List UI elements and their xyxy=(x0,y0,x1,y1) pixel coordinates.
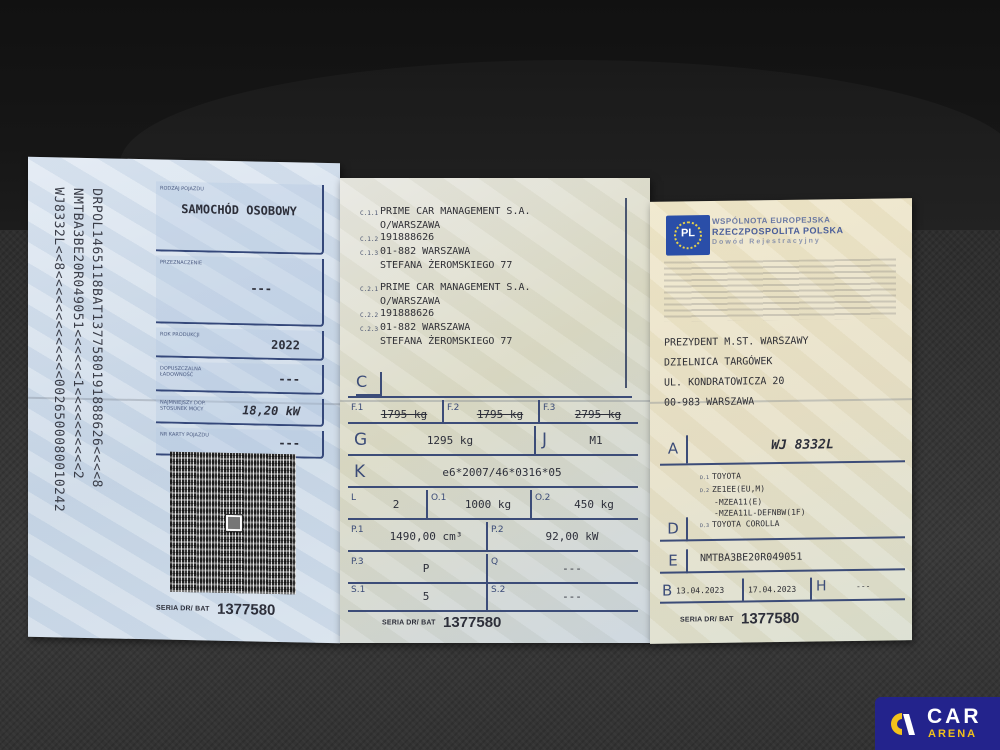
row-f-masses: F.11795 kg F.21795 kg F.32795 kg xyxy=(348,400,638,424)
document-panel-left: DRPOL1465118BAT1377580191888626<<<<8 NMT… xyxy=(28,157,340,644)
mrz-line-3: WJ8332L<<8<<<<<<<<<<<<<0026500080010242 xyxy=(49,187,68,607)
code-c13: C.1.3 xyxy=(360,246,380,260)
qr-center-marker xyxy=(226,515,242,531)
code-h: H xyxy=(816,578,827,594)
brand-name-arena: ARENA xyxy=(928,728,977,740)
first-registration-date: 13.04.2023 xyxy=(676,586,724,596)
owner-branch: O/WARSZAWA xyxy=(380,296,440,308)
cell-j: JM1 xyxy=(536,426,638,454)
mrz-line-1: DRPOL1465118BAT1377580191888626<<<<8 xyxy=(87,188,106,608)
code-b: B xyxy=(662,582,672,600)
validity-date: --- xyxy=(856,582,870,591)
row-s: S.15 S.2--- xyxy=(348,582,638,612)
serial-number-right: SERIA DR/ BAT 1377580 xyxy=(680,610,799,630)
issuer-line: 00-983 WARSZAWA xyxy=(664,390,904,413)
row-p3-q: P.3P Q--- xyxy=(348,554,638,584)
serial-label: SERIA DR/ BAT xyxy=(680,616,734,624)
field-label: NR KARTY POJAZDU xyxy=(160,431,230,438)
car-arena-logo-icon xyxy=(889,711,915,737)
section-c-letter: C xyxy=(356,372,382,396)
code-c23: C.2.3 xyxy=(360,322,380,336)
make: TOYOTA xyxy=(712,472,741,481)
field-power-ratio: NAJMNIEJSZY DOP. STOSUNEK MOCY 18,20 kW xyxy=(156,395,324,427)
field-label: DOPUSZCZALNA ŁADOWNOŚĆ xyxy=(160,365,230,378)
fine-print-block xyxy=(664,258,896,321)
serial-value: 1377580 xyxy=(741,610,799,628)
cell-s1: S.15 xyxy=(348,582,488,610)
eu-flag-icon: PL xyxy=(666,215,710,256)
issue-date: 17.04.2023 xyxy=(748,585,796,595)
code-d: D xyxy=(660,517,688,541)
serial-number-left: SERIA DR/ BAT 1377580 xyxy=(156,599,275,620)
serial-value: 1377580 xyxy=(217,601,275,619)
country-code: PL xyxy=(666,227,710,240)
document-panel-middle: C.1.1PRIME CAR MANAGEMENT S.A. O/WARSZAW… xyxy=(340,178,650,643)
code-c22: C.2.2 xyxy=(360,308,380,322)
qr-code-icon xyxy=(170,452,296,595)
row-l-o: L2 O.11000 kg O.2450 kg xyxy=(348,490,638,520)
registration-document: DRPOL1465118BAT1377580191888626<<<<8 NMT… xyxy=(0,0,1000,750)
machine-readable-zone: DRPOL1465118BAT1377580191888626<<<<8 NMT… xyxy=(46,187,106,608)
field-production-year: ROK PRODUKCJI 2022 xyxy=(156,327,324,361)
model: TOYOTA COROLLA xyxy=(712,519,779,529)
field-value: 2022 xyxy=(271,338,300,353)
serial-label: SERIA DR/ BAT xyxy=(382,619,436,626)
registration-plate: WJ 8332L xyxy=(700,436,905,454)
make-model-lines: D.1TOYOTA D.2ZE1EE(EU,M) -MZEA11(E) -MZE… xyxy=(700,470,806,532)
cell-q: Q--- xyxy=(488,554,638,582)
header-doc-title: Dowód Rejestracyjny xyxy=(712,237,821,246)
header-country: RZECZPOSPOLITA POLSKA xyxy=(712,225,844,237)
cell-o2: O.2450 kg xyxy=(532,490,638,518)
cell-l: L2 xyxy=(348,490,428,518)
field-purpose: PRZEZNACZENIE --- xyxy=(156,255,324,327)
field-label: RODZAJ POJAZDU xyxy=(160,185,230,192)
divider xyxy=(742,579,744,601)
field-vehicle-type: RODZAJ POJAZDU SAMOCHÓD OSOBOWY xyxy=(156,181,324,255)
holder-postal: 01-882 WARSZAWA xyxy=(380,246,470,260)
cell-s2: S.2--- xyxy=(488,582,638,610)
code-c21: C.2.1 xyxy=(360,282,380,296)
holder-name: PRIME CAR MANAGEMENT S.A. xyxy=(380,206,531,220)
type: ZE1EE(EU,M) xyxy=(712,484,765,494)
field-value: SAMOCHÓD OSOBOWY xyxy=(156,201,322,218)
cell-p3: P.3P xyxy=(348,554,488,582)
field-value: --- xyxy=(278,372,300,386)
owner-postal: 01-882 WARSZAWA xyxy=(380,322,470,336)
row-g-j: G1295 kg JM1 xyxy=(348,426,638,456)
cell-p2: P.292,00 kW xyxy=(488,522,638,550)
vin-number: NMTBA3BE20R049051 xyxy=(700,552,802,564)
issuing-authority: PREZYDENT M.ST. WARSZAWY DZIELNICA TARGÓ… xyxy=(664,330,904,413)
holder-regon: 191888626 xyxy=(380,232,434,246)
cell-o1: O.11000 kg xyxy=(428,490,532,518)
holder-branch: O/WARSZAWA xyxy=(380,220,440,232)
row-b-i-h: B 13.04.2023 17.04.2023 H --- xyxy=(660,572,905,603)
field-label: NAJMNIEJSZY DOP. STOSUNEK MOCY xyxy=(160,399,230,412)
serial-label: SERIA DR/ BAT xyxy=(156,605,210,613)
mrz-line-2: NMTBA3BE20R049051<<<<<<1<<<<<<<<<<2 xyxy=(68,188,87,608)
field-value: 18,20 kW xyxy=(242,403,300,418)
owner-regon: 191888626 xyxy=(380,308,434,322)
field-value: --- xyxy=(250,281,272,295)
row-k: Ke6*2007/46*0316*05 xyxy=(348,458,638,488)
document-panel-right: PL WSPÓLNOTA EUROPEJSKA RZECZPOSPOLITA P… xyxy=(650,198,912,644)
holder-street: STEFANA ŻEROMSKIEGO 77 xyxy=(380,260,512,272)
field-payload: DOPUSZCZALNA ŁADOWNOŚĆ --- xyxy=(156,361,324,395)
cell-p1: P.11490,00 cm³ xyxy=(348,522,488,550)
serial-value: 1377580 xyxy=(443,614,501,631)
cell-f1: F.11795 kg xyxy=(348,400,444,422)
code-c12: C.1.2 xyxy=(360,232,380,246)
code-c11: C.1.1 xyxy=(360,206,380,220)
car-arena-watermark: CAR ARENA xyxy=(875,697,1000,750)
code-a: A xyxy=(660,435,688,463)
section-c-box: C xyxy=(348,366,632,398)
row-p1-p2: P.11490,00 cm³ P.292,00 kW xyxy=(348,522,638,552)
holder-owner-block: C.1.1PRIME CAR MANAGEMENT S.A. O/WARSZAW… xyxy=(360,206,630,348)
cell-g: G1295 kg xyxy=(348,426,536,454)
row-d-make-model: D D.1TOYOTA D.2ZE1EE(EU,M) -MZEA11(E) -M… xyxy=(660,464,905,541)
cell-f3: F.32795 kg xyxy=(540,400,638,422)
row-a-plate: A WJ 8332L xyxy=(660,426,905,465)
divider xyxy=(810,578,812,600)
field-label: ROK PRODUKCJI xyxy=(160,331,230,338)
row-e-vin: E NMTBA3BE20R049051 xyxy=(660,542,905,573)
code-e: E xyxy=(660,549,688,573)
brand-name-car: CAR xyxy=(927,705,982,729)
serial-number-middle: SERIA DR/ BAT 1377580 xyxy=(382,614,501,632)
variant: -MZEA11(E) xyxy=(714,497,762,507)
owner-street: STEFANA ŻEROMSKIEGO 77 xyxy=(380,336,512,348)
field-label: PRZEZNACZENIE xyxy=(160,259,230,266)
header-eu: WSPÓLNOTA EUROPEJSKA xyxy=(712,215,830,226)
field-value: --- xyxy=(278,436,300,450)
owner-name: PRIME CAR MANAGEMENT S.A. xyxy=(380,282,531,296)
cell-f2: F.21795 kg xyxy=(444,400,540,422)
cell-k: Ke6*2007/46*0316*05 xyxy=(348,458,638,486)
version: -MZEA11L-DEFNBW(1F) xyxy=(714,508,806,518)
